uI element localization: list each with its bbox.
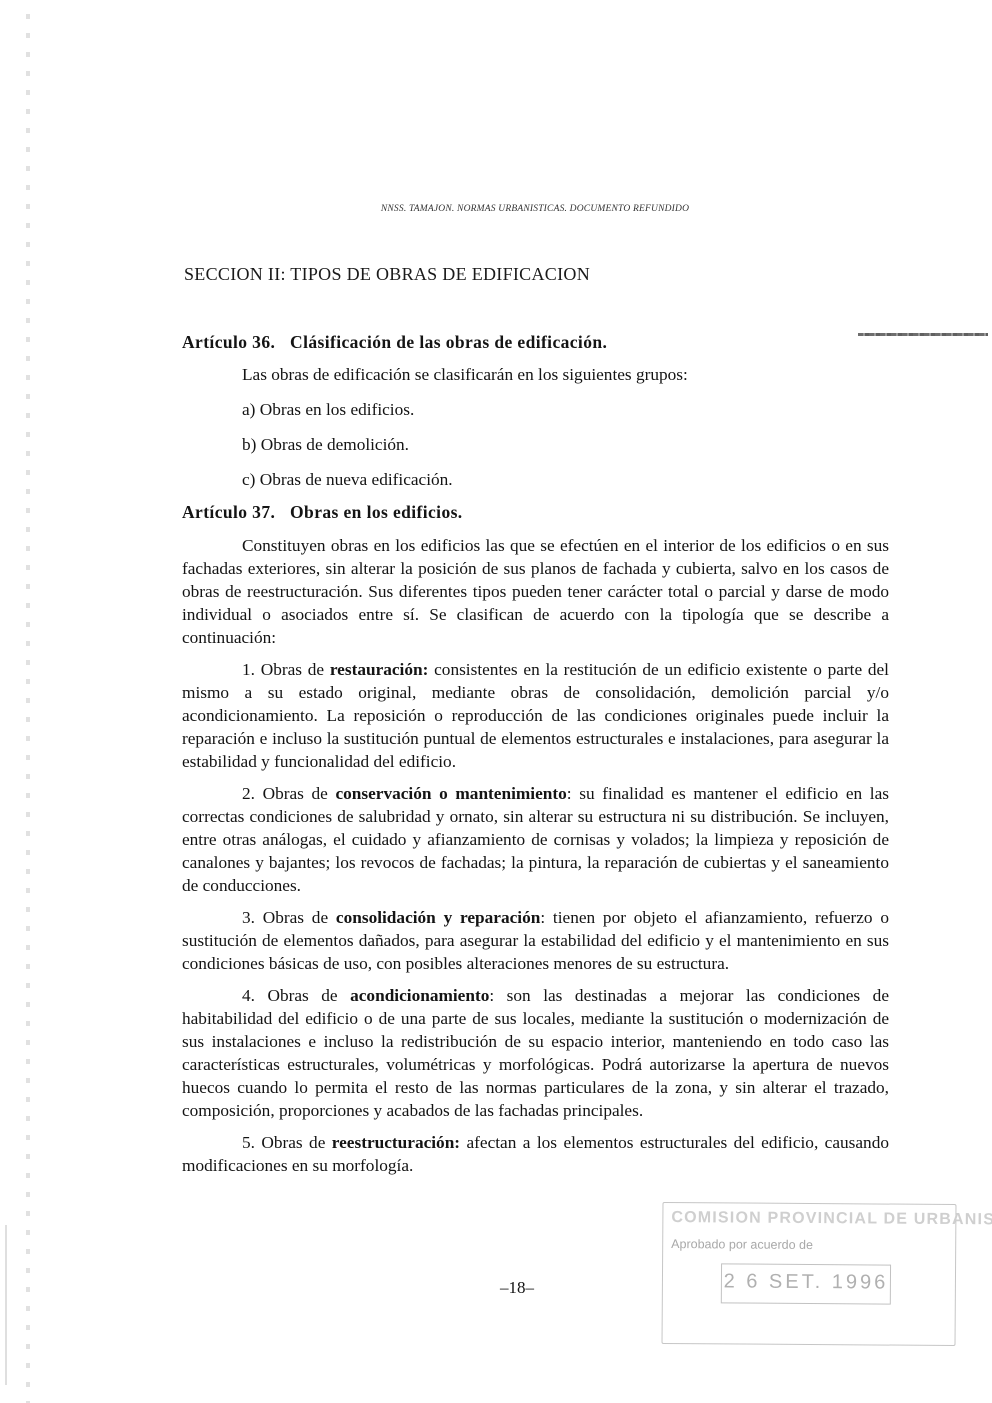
item-keyword: acondicionamiento bbox=[350, 986, 489, 1005]
item-keyword: conservación o mantenimiento bbox=[335, 784, 566, 803]
item-prefix: 3. Obras de bbox=[242, 908, 336, 927]
page-number: –18– bbox=[500, 1278, 534, 1298]
item-prefix: 4. Obras de bbox=[242, 986, 350, 1005]
item-keyword: reestructuración: bbox=[332, 1133, 460, 1152]
work-type-acondicionamiento: 4. Obras de acondicionamiento: son las d… bbox=[182, 984, 889, 1122]
work-type-conservacion: 2. Obras de conservación o mantenimiento… bbox=[182, 782, 889, 897]
running-header: NNSS. TAMAJON. NORMAS URBANISTICAS. DOCU… bbox=[0, 204, 992, 214]
work-type-restauracion: 1. Obras de restauración: consistentes e… bbox=[182, 658, 889, 773]
item-keyword: consolidación y reparación bbox=[336, 908, 540, 927]
article-title: Clásificación de las obras de edificació… bbox=[290, 332, 607, 352]
article-number: Artículo 37. bbox=[182, 502, 275, 522]
article-37-heading: Artículo 37. Obras en los edificios. bbox=[182, 502, 889, 523]
article-number: Artículo 36. bbox=[182, 332, 275, 352]
article-37-intro: Constituyen obras en los edificios las q… bbox=[182, 534, 889, 649]
item-text: : son las destinadas a mejorar las condi… bbox=[182, 986, 889, 1120]
item-keyword: restauración: bbox=[330, 660, 429, 679]
approval-stamp: COMISION PROVINCIAL DE URBANISMO Aprobad… bbox=[662, 1202, 957, 1346]
item-prefix: 2. Obras de bbox=[242, 784, 335, 803]
article-36-intro: Las obras de edificación se clasificarán… bbox=[182, 363, 889, 386]
item-prefix: 1. Obras de bbox=[242, 660, 330, 679]
article-title: Obras en los edificios. bbox=[290, 502, 463, 522]
scan-edge-artifact bbox=[5, 1225, 7, 1385]
stamp-date-box: 2 6 SET. 1996 bbox=[721, 1263, 891, 1304]
work-type-reestructuracion: 5. Obras de reestructuración: afectan a … bbox=[182, 1131, 889, 1177]
article-36-heading: Artículo 36. Clásificación de las obras … bbox=[182, 332, 889, 353]
work-type-consolidacion: 3. Obras de consolidación y reparación: … bbox=[182, 906, 889, 975]
document-body: Artículo 36. Clásificación de las obras … bbox=[182, 332, 889, 1177]
group-item-a: a) Obras en los edificios. bbox=[182, 398, 889, 421]
group-item-b: b) Obras de demolición. bbox=[182, 433, 889, 456]
section-title: SECCION II: TIPOS DE OBRAS DE EDIFICACIO… bbox=[184, 264, 590, 285]
stamp-approved-label: Aprobado por acuerdo de bbox=[671, 1237, 813, 1252]
item-prefix: 5. Obras de bbox=[242, 1133, 332, 1152]
stamp-date: 2 6 SET. 1996 bbox=[722, 1270, 890, 1294]
group-item-c: c) Obras de nueva edificación. bbox=[182, 468, 889, 491]
stamp-title: COMISION PROVINCIAL DE URBANISMO bbox=[671, 1209, 949, 1229]
